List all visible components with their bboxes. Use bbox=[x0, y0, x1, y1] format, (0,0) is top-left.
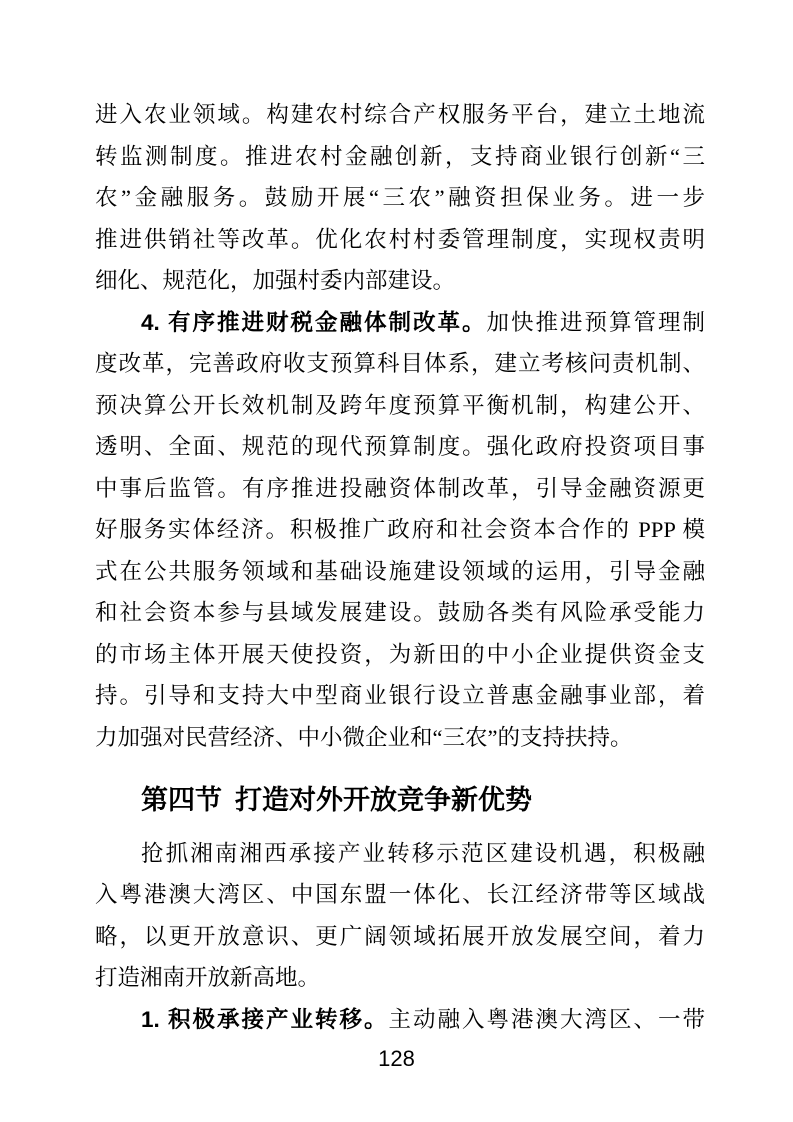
text-run: 主动融入粤港澳大湾区、一带 bbox=[389, 1007, 705, 1032]
paragraph-section-intro: 抢抓湘南湘西承接产业转移示范区建设机遇，积极融 入粤港澳大湾区、中国东盟一体化、… bbox=[95, 833, 705, 999]
text-line: 推进供销社等改革。优化农村村委管理制度，实现权责明 bbox=[95, 219, 705, 261]
text-line: 度改革，完善政府收支预算科目体系，建立考核问责机制、 bbox=[95, 343, 705, 385]
section-heading: 第四节打造对外开放竞争新优势 bbox=[95, 780, 705, 822]
page-number: 128 bbox=[0, 1046, 793, 1072]
paragraph-item-1-industry-transfer: 1. 积极承接产业转移。主动融入粤港澳大湾区、一带 bbox=[95, 999, 705, 1041]
text-line: 好服务实体经济。积极推广政府和社会资本合作的 PPP 模 bbox=[95, 509, 705, 551]
text-line: 进入农业领域。构建农村综合产权服务平台，建立土地流 bbox=[95, 94, 705, 136]
text-run: 加快推进预算管理制 bbox=[487, 310, 705, 335]
text-line: 4. 有序推进财税金融体制改革。加快推进预算管理制 bbox=[95, 302, 705, 344]
paragraph-item-4-fiscal-reform: 4. 有序推进财税金融体制改革。加快推进预算管理制 度改革，完善政府收支预算科目… bbox=[95, 302, 705, 759]
bold-lead-in: 4. 有序推进财税金融体制改革。 bbox=[141, 310, 487, 335]
section-number: 第四节 bbox=[141, 785, 222, 815]
document-page: 进入农业领域。构建农村综合产权服务平台，建立土地流 转监测制度。推进农村金融创新… bbox=[0, 0, 793, 1122]
bold-lead-in: 1. 积极承接产业转移。 bbox=[141, 1007, 389, 1032]
text-line: 的市场主体开展天使投资，为新田的中小企业提供资金支 bbox=[95, 634, 705, 676]
text-line: 和社会资本参与县域发展建设。鼓励各类有风险承受能力 bbox=[95, 592, 705, 634]
page-body: 进入农业领域。构建农村综合产权服务平台，建立土地流 转监测制度。推进农村金融创新… bbox=[95, 94, 705, 1040]
text-line: 打造湘南开放新高地。 bbox=[95, 957, 705, 999]
text-line: 略，以更开放意识、更广阔领域拓展开放发展空间，着力 bbox=[95, 916, 705, 958]
text-line: 1. 积极承接产业转移。主动融入粤港澳大湾区、一带 bbox=[95, 999, 705, 1041]
text-line: 力加强对民营经济、中小微企业和“三农”的支持扶持。 bbox=[95, 717, 705, 759]
text-line: 式在公共服务领域和基础设施建设领域的运用，引导金融 bbox=[95, 551, 705, 593]
text-line: 细化、规范化，加强村委内部建设。 bbox=[95, 260, 705, 302]
text-line: 转监测制度。推进农村金融创新，支持商业银行创新“三 bbox=[95, 136, 705, 178]
text-line: 持。引导和支持大中型商业银行设立普惠金融事业部，着 bbox=[95, 675, 705, 717]
text-line: 预决算公开长效机制及跨年度预算平衡机制，构建公开、 bbox=[95, 385, 705, 427]
text-line: 农”金融服务。鼓励开展“三农”融资担保业务。进一步 bbox=[95, 177, 705, 219]
text-line: 入粤港澳大湾区、中国东盟一体化、长江经济带等区域战 bbox=[95, 874, 705, 916]
paragraph-continuation: 进入农业领域。构建农村综合产权服务平台，建立土地流 转监测制度。推进农村金融创新… bbox=[95, 94, 705, 302]
text-line: 抢抓湘南湘西承接产业转移示范区建设机遇，积极融 bbox=[95, 833, 705, 875]
section-title: 打造对外开放竞争新优势 bbox=[235, 785, 532, 815]
text-line: 透明、全面、规范的现代预算制度。强化政府投资项目事 bbox=[95, 426, 705, 468]
text-line: 中事后监管。有序推进投融资体制改革，引导金融资源更 bbox=[95, 468, 705, 510]
